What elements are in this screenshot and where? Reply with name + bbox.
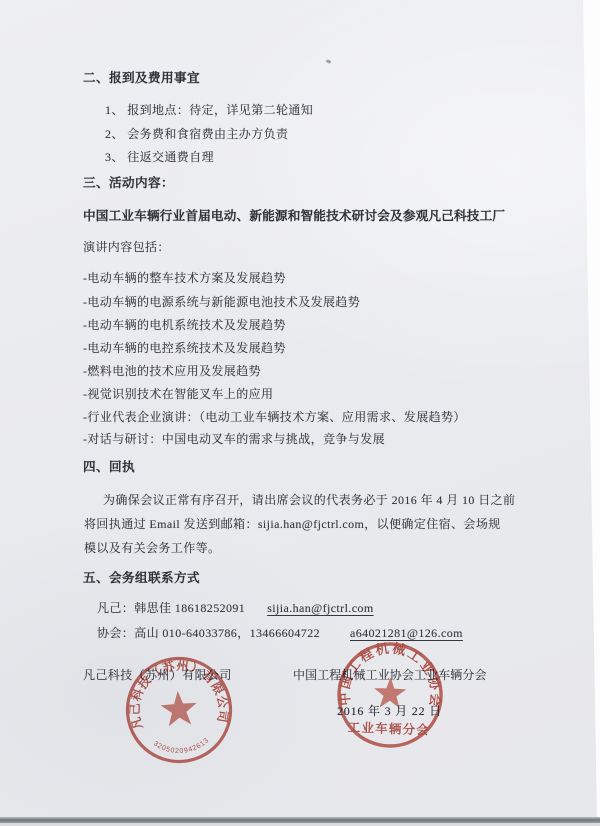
topic-7: -行业代表企业演讲：（电动工业车辆技术方案、应用需求、发展趋势） [83, 410, 466, 425]
topic-3: -电动车辆的电机系统技术及发展趋势 [83, 318, 286, 333]
speech-intro: 演讲内容包括： [83, 240, 170, 255]
contact-fanji-text: 凡己：韩思佳 18618252091 [97, 601, 245, 615]
fee-item-3: 3、 往返交通费自理 [105, 150, 214, 165]
right-seal-branch-text: 工业车辆分会 [348, 720, 431, 738]
reply-paragraph-line2: 将回执通过 Email 发送到邮箱：sijia.han@fjctrl.com，以… [84, 517, 501, 532]
event-title: 中国工业车辆行业首届电动、新能源和智能技术研讨会及参观凡己科技工厂 [83, 209, 505, 225]
fee-item-2: 2、 会务费和食宿费由主办方负责 [105, 127, 288, 142]
topic-8: -对话与研讨：中国电动叉车的需求与挑战，竞争与发展 [83, 432, 385, 447]
topic-1: -电动车辆的整车技术方案及发展趋势 [83, 271, 286, 286]
section4-heading: 四、回执 [83, 460, 135, 476]
signature-date: 2016 年 3 月 22 日 [337, 702, 442, 719]
left-company-seal: 凡己科技（苏州）有限公司 3205020942613 [119, 650, 239, 770]
topic-5: -燃料电池的技术应用及发展趋势 [83, 364, 261, 379]
reply-paragraph-line1: 为确保会议正常有序召开，请出席会议的代表务必于 2016 年 4 月 10 日之… [103, 493, 515, 508]
topic-4: -电动车辆的电控系统技术及发展趋势 [83, 341, 286, 356]
contact-row-association: 协会：高山 010-64033786，13466604722a64021281@… [97, 626, 463, 641]
reply-paragraph-line3: 模以及有关会务工作等。 [84, 541, 220, 556]
fee-item-1: 1、 报到地点：待定，详见第二轮通知 [105, 103, 313, 118]
scan-speck [326, 59, 332, 64]
right-association-seal: 中国工程机械工业协会 工业车辆分会 [332, 638, 448, 754]
left-seal-serial: 3205020942613 [152, 737, 212, 757]
section2-heading: 二、报到及费用事宜 [83, 71, 200, 87]
document-page: 二、报到及费用事宜 1、 报到地点：待定，详见第二轮通知 2、 会务费和食宿费由… [0, 0, 600, 819]
topic-6: -视觉识别技术在智能叉车上的应用 [83, 387, 273, 402]
contact-row-fanji: 凡己：韩思佳 18618252091sijia.han@fjctrl.com [97, 601, 374, 616]
contact-association-email: a64021281@126.com [350, 626, 463, 640]
left-seal-star-icon [160, 690, 198, 727]
contact-fanji-email: sijia.han@fjctrl.com [267, 601, 373, 615]
contact-association-text: 协会：高山 010-64033786，13466604722 [97, 626, 320, 640]
topic-2: -电动车辆的电源系统与新能源电池技术及发展趋势 [83, 295, 360, 310]
section5-heading: 五、会务组联系方式 [83, 571, 200, 587]
section3-heading: 三、活动内容： [83, 176, 174, 192]
